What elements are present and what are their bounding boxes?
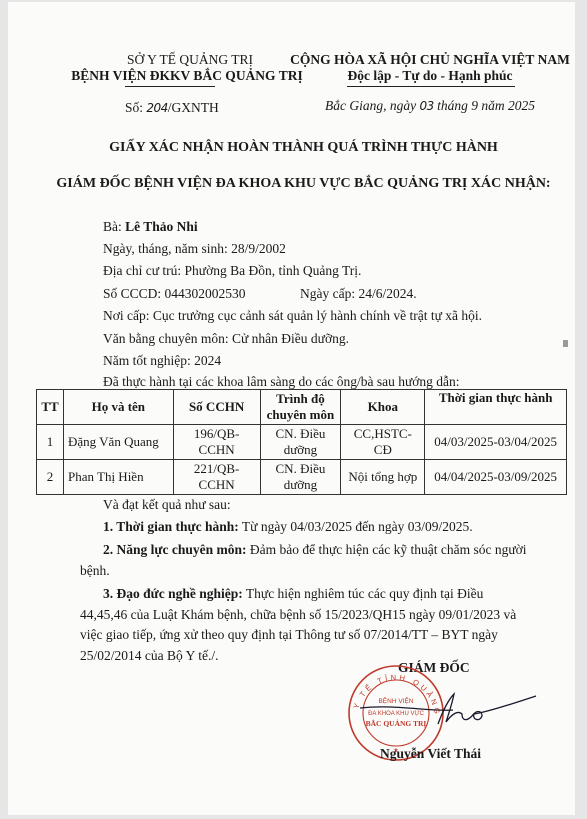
result-item-3-line1: Thực hiện nghiêm túc các quy định tại Đi…	[243, 586, 484, 601]
person-dob: Ngày, tháng, năm sinh: 28/9/2002	[103, 241, 286, 257]
cell-qualification: CN. Điều dưỡng	[260, 460, 341, 495]
person-name: Lê Thảo Nhi	[125, 219, 198, 234]
header-department: Khoa	[341, 390, 425, 425]
results-intro: Và đạt kết quả như sau:	[103, 497, 231, 513]
table-row: 1 Đặng Văn Quang 196/QB-CCHN CN. Điều dư…	[37, 425, 567, 460]
result-item-1-text: Từ ngày 04/03/2025 đến ngày 03/09/2025.	[239, 519, 473, 534]
header-period: Thời gian thực hành	[425, 390, 567, 425]
result-item-2: 2. Năng lực chuyên môn: Đảm bảo để thực …	[103, 542, 527, 558]
result-item-3-line2: 44,45,46 của Luật Khám bệnh, chữa bệnh s…	[80, 607, 516, 623]
cell-tt: 2	[37, 460, 64, 495]
result-item-3-line4: 25/02/2014 của Bộ Y tế./.	[80, 648, 218, 664]
result-item-2-label: 2. Năng lực chuyên môn:	[103, 542, 246, 557]
person-id-issue-date: Ngày cấp: 24/6/2024.	[300, 286, 417, 302]
header-qualification: Trình độ chuyên môn	[260, 390, 341, 425]
cell-tt: 1	[37, 425, 64, 460]
document-number-prefix: Số:	[125, 100, 146, 115]
cell-license: 196/QB-CCHN	[173, 425, 260, 460]
nation-motto: Độc lập - Tự do - Hạnh phúc	[290, 68, 570, 84]
signatory-name: Nguyễn Viết Thái	[380, 746, 481, 762]
table-header-row: TT Họ và tên Số CCHN Trình độ chuyên môn…	[37, 390, 567, 425]
cell-period: 04/04/2025-03/09/2025	[425, 460, 567, 495]
department-name: SỞ Y TẾ QUẢNG TRỊ	[95, 52, 285, 68]
document-number-handwritten: 204	[146, 101, 167, 115]
practice-intro: Đã thực hành tại các khoa lâm sàng do cá…	[103, 374, 460, 390]
practice-table: TT Họ và tên Số CCHN Trình độ chuyên môn…	[36, 389, 567, 495]
result-item-2-continued: bệnh.	[80, 563, 110, 579]
person-id-number: Số CCCD: 044302002530	[103, 286, 246, 302]
scan-artifact	[563, 340, 568, 347]
cell-department: Nội tổng hợp	[341, 460, 425, 495]
nation-title: CỘNG HÒA XÃ HỘI CHỦ NGHĨA VIỆT NAM	[290, 52, 570, 68]
cell-qualification: CN. Điều dưỡng	[260, 425, 341, 460]
person-degree: Văn bằng chuyên môn: Cử nhân Điều dưỡng.	[103, 331, 349, 347]
result-item-3: 3. Đạo đức nghề nghiệp: Thực hiện nghiêm…	[103, 586, 483, 602]
result-item-1-label: 1. Thời gian thực hành:	[103, 519, 239, 534]
header-name: Họ và tên	[63, 390, 173, 425]
hospital-underline	[125, 86, 215, 87]
cell-license: 221/QB-CCHN	[173, 460, 260, 495]
hospital-name: BỆNH VIỆN ĐKKV BẮC QUẢNG TRỊ	[62, 68, 312, 84]
result-item-1: 1. Thời gian thực hành: Từ ngày 04/03/20…	[103, 519, 473, 535]
cell-name: Phan Thị Hiền	[63, 460, 173, 495]
person-name-line: Bà: Lê Thảo Nhi	[103, 219, 198, 235]
person-name-label: Bà:	[103, 219, 125, 234]
table-row: 2 Phan Thị Hiền 221/QB-CCHN CN. Điều dưỡ…	[37, 460, 567, 495]
document-date: Bắc Giang, ngày 03 tháng 9 năm 2025	[325, 98, 535, 114]
header-tt: TT	[37, 390, 64, 425]
document-subtitle: GIÁM ĐỐC BỆNH VIỆN ĐA KHOA KHU VỰC BẮC Q…	[20, 176, 587, 192]
document-number: Số: 204/GXNTH	[125, 100, 219, 116]
person-graduation-year: Năm tốt nghiệp: 2024	[103, 353, 221, 369]
date-prefix: Bắc Giang, ngày	[325, 98, 419, 113]
date-day-handwritten: 03	[419, 99, 433, 113]
header-license: Số CCHN	[173, 390, 260, 425]
cell-period: 04/03/2025-03/04/2025	[425, 425, 567, 460]
cell-name: Đặng Văn Quang	[63, 425, 173, 460]
document-title: GIẤY XÁC NHẬN HOÀN THÀNH QUÁ TRÌNH THỰC …	[20, 140, 587, 156]
motto-underline	[347, 86, 515, 87]
cell-department: CC,HSTC-CĐ	[341, 425, 425, 460]
result-item-2-text: Đảm bảo để thực hiện các kỹ thuật chăm s…	[246, 542, 526, 557]
person-id-issued-by: Nơi cấp: Cục trưởng cục cảnh sát quản lý…	[103, 308, 482, 324]
result-item-3-line3: việc giao tiếp, ứng xử theo quy định tại…	[80, 627, 498, 643]
result-item-3-label: 3. Đạo đức nghề nghiệp:	[103, 586, 243, 601]
date-suffix: tháng 9 năm 2025	[434, 98, 535, 113]
document-number-suffix: /GXNTH	[168, 100, 219, 115]
person-address: Địa chỉ cư trú: Phường Ba Đồn, tỉnh Quản…	[103, 263, 361, 279]
signature-scribble	[358, 690, 538, 730]
